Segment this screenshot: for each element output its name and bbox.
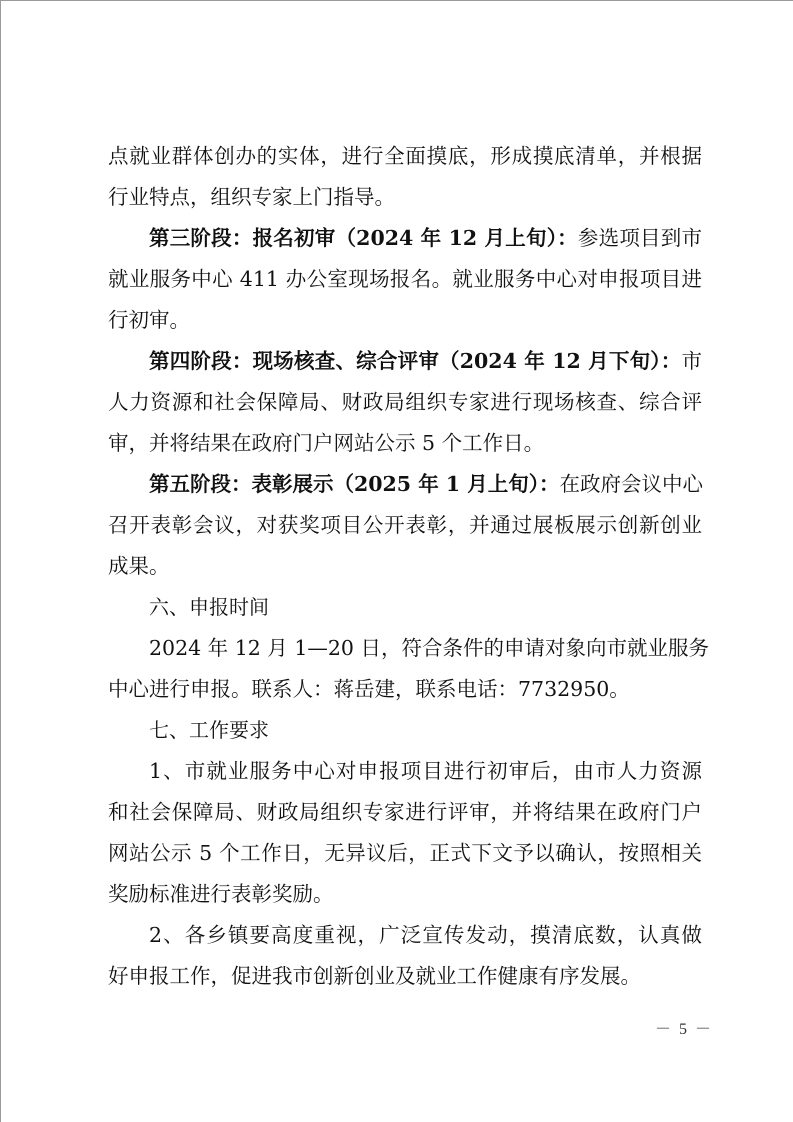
paragraph-line: 人力资源和社会保障局、财政局组织专家进行现场核查、综合评 — [108, 387, 702, 417]
paragraph-line: 网站公示 5 个工作日，无异议后，正式下文予以确认，按照相关 — [108, 838, 702, 868]
page-number: － 5 － — [655, 1016, 713, 1039]
paragraph-line: 2024 年 12 月 1—20 日，符合条件的申请对象向市就业服务 — [149, 633, 702, 663]
stage-5-text: 在政府会议中心 — [559, 472, 703, 496]
paragraph-line: 2、各乡镇要高度重视，广泛宣传发动，摸清底数，认真做 — [149, 920, 702, 950]
paragraph-line: 中心进行申报。联系人：蒋岳建，联系电话：7732950。 — [108, 674, 702, 704]
section-7-heading: 七、工作要求 — [149, 715, 269, 745]
paragraph-line: 和社会保障局、财政局组织专家进行评审，并将结果在政府门户 — [108, 797, 702, 827]
stage-4-label: 第四阶段：现场核查、综合评审（2024 年 12 月下旬）： — [149, 349, 682, 373]
document-page: 点就业群体创办的实体，进行全面摸底，形成摸底清单，并根据 行业特点，组织专家上门… — [0, 0, 793, 1122]
paragraph-line: 奖励标准进行表彰奖励。 — [108, 879, 702, 909]
stage-5-label: 第五阶段：表彰展示（2025 年 1 月上旬）： — [149, 472, 559, 496]
stage-3-first-line: 第三阶段：报名初审（2024 年 12 月上旬）：参选项目到市 — [149, 223, 702, 253]
stage-3-label: 第三阶段：报名初审（2024 年 12 月上旬）： — [149, 226, 578, 250]
stage-4-text: 市 — [682, 349, 703, 373]
paragraph-line: 召开表彰会议，对获奖项目公开表彰，并通过展板展示创新创业 — [108, 510, 702, 540]
stage-5-first-line: 第五阶段：表彰展示（2025 年 1 月上旬）：在政府会议中心 — [149, 469, 702, 499]
stage-3-text: 参选项目到市 — [578, 226, 702, 250]
paragraph-line: 成果。 — [108, 551, 702, 581]
paragraph-line: 行初审。 — [108, 305, 702, 335]
paragraph-line: 审，并将结果在政府门户网站公示 5 个工作日。 — [108, 428, 702, 458]
section-6-heading: 六、申报时间 — [149, 592, 269, 622]
stage-4-first-line: 第四阶段：现场核查、综合评审（2024 年 12 月下旬）：市 — [149, 346, 702, 376]
paragraph-line: 1、市就业服务中心对申报项目进行初审后，由市人力资源 — [149, 756, 702, 786]
paragraph-line: 点就业群体创办的实体，进行全面摸底，形成摸底清单，并根据 — [108, 141, 702, 171]
paragraph-line: 就业服务中心 411 办公室现场报名。就业服务中心对申报项目进 — [108, 264, 702, 294]
paragraph-line: 行业特点，组织专家上门指导。 — [108, 182, 702, 212]
paragraph-line: 好申报工作，促进我市创新创业及就业工作健康有序发展。 — [108, 961, 702, 991]
